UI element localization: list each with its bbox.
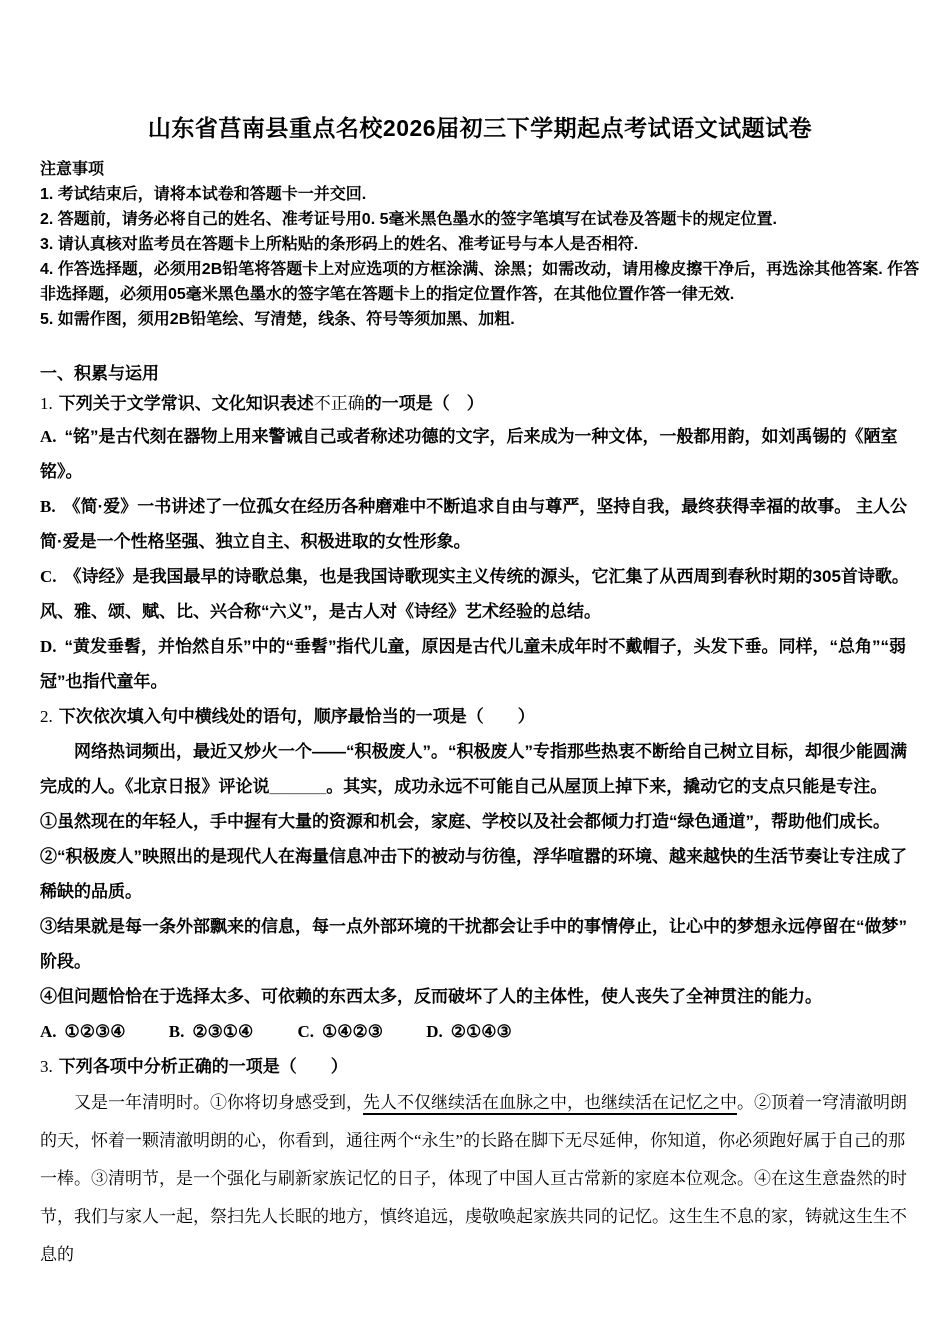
question-1-option-c: C.《诗经》是我国最早的诗歌总集，也是我国诗歌现实主义传统的源头，它汇集了从西周… [40,559,920,629]
question-3-passage: 又是一年清明时。①你将切身感受到，先人不仅继续活在血脉之中，也继续活在记忆之中。… [40,1084,920,1274]
question-1-stem-tail: 的一项是（ ） [365,394,484,413]
question-3-stem-text: 下列各项中分析正确的一项是（ ） [59,1057,348,1076]
option-c-label: C. [40,567,57,586]
notice-section: 注意事项 1. 考试结束后，请将本试卷和答题卡一并交回. 2. 答题前，请务必将… [40,157,920,332]
option-b-label: B. [40,497,56,516]
question-2-intro: 网络热词频出，最近又炒火一个——“积极废人”。“积极废人”专指那些热衷不断给自己… [40,734,920,804]
question-2-option-c: C.①④②③ [297,1014,421,1049]
question-2-number: 2. [40,707,53,726]
notice-item-3: 3. 请认真核对监考员在答题卡上所粘贴的条形码上的姓名、准考证号与本人是否相符. [40,232,920,257]
exam-paper-page: 山东省莒南县重点名校2026届初三下学期起点考试语文试题试卷 注意事项 1. 考… [0,0,950,1344]
option-d-value: ②①④③ [451,1022,512,1041]
option-b-text: 《简·爱》一书讲述了一位孤女在经历各种磨难中不断追求自由与尊严，坚持自我，最终获… [40,497,907,551]
question-2-sentence-3: ③结果就是每一条外部飘来的信息，每一点外部环境的干扰都会让手中的事情停止，让心中… [40,909,920,979]
question-2-sentence-4: ④但问题恰恰在于选择太多、可依赖的东西太多，反而破坏了人的主体性，使人丧失了全神… [40,979,920,1014]
question-2-options: A.①②③④ B.②③①④ C.①④②③ D.②①④③ [40,1014,920,1049]
question-1-option-d: D.“黄发垂髫，并怡然自乐”中的“垂髫”指代儿童，原因是古代儿童未成年时不戴帽子… [40,629,920,699]
passage-segment-after: 。②顶着一穹清澈明朗的天，怀着一颗清澈明朗的心，你看到，通往两个“永生”的长路在… [40,1093,907,1264]
option-a-value: ①②③④ [65,1022,126,1041]
notice-item-4: 4. 作答选择题，必须用2B铅笔将答题卡上对应选项的方框涂满、涂黑；如需改动，请… [40,257,920,307]
option-c-value: ①④②③ [322,1022,383,1041]
option-d-label: D. [426,1022,443,1041]
section-heading: 一、积累与运用 [40,359,920,389]
option-a-text: “铭”是古代刻在器物上用来警诫自己或者称述功德的文字，后来成为一种文体，一般都用… [40,427,898,481]
question-2-stem-text: 下次依次填入句中横线处的语句，顺序最恰当的一项是（ ） [59,707,535,726]
question-2-stem: 2.下次依次填入句中横线处的语句，顺序最恰当的一项是（ ） [40,699,920,734]
option-c-label: C. [297,1022,314,1041]
question-1-stem-text: 下列关于文学常识、文化知识表述 [59,394,314,413]
option-a-label: A. [40,1022,57,1041]
option-d-label: D. [40,637,57,656]
passage-underlined-segment: 先人不仅继续活在血脉之中，也继续活在记忆之中 [363,1093,737,1112]
question-1-stem-emphasis: 不正确 [314,394,365,413]
question-2-option-d: D.②①④③ [426,1014,512,1049]
notice-heading: 注意事项 [40,157,920,182]
question-3-stem: 3.下列各项中分析正确的一项是（ ） [40,1049,920,1084]
passage-segment-before: 又是一年清明时。①你将切身感受到， [74,1093,363,1112]
exam-content: 一、积累与运用 1.下列关于文学常识、文化知识表述不正确的一项是（ ） A.“铭… [40,359,920,1274]
question-2-sentence-2: ②“积极废人”映照出的是现代人在海量信息冲击下的被动与彷徨，浮华喧嚣的环境、越来… [40,839,920,909]
question-1-option-a: A.“铭”是古代刻在器物上用来警诫自己或者称述功德的文字，后来成为一种文体，一般… [40,419,920,489]
option-a-label: A. [40,427,57,446]
question-2-option-a: A.①②③④ [40,1014,164,1049]
option-c-text: 《诗经》是我国最早的诗歌总集，也是我国诗歌现实主义传统的源头，它汇集了从西周到春… [40,567,909,621]
option-b-label: B. [169,1022,185,1041]
notice-item-1: 1. 考试结束后，请将本试卷和答题卡一并交回. [40,182,920,207]
question-1-option-b: B.《简·爱》一书讲述了一位孤女在经历各种磨难中不断追求自由与尊严，坚持自我，最… [40,489,920,559]
question-3-number: 3. [40,1057,53,1076]
question-2-option-b: B.②③①④ [169,1014,293,1049]
option-d-text: “黄发垂髫，并怡然自乐”中的“垂髫”指代儿童，原因是古代儿童未成年时不戴帽子，头… [40,637,906,691]
notice-item-2: 2. 答题前，请务必将自己的姓名、准考证号用0. 5毫米黑色墨水的签字笔填写在试… [40,207,920,232]
notice-item-5: 5. 如需作图，须用2B铅笔绘、写清楚，线条、符号等须加黑、加粗. [40,307,920,332]
question-1-stem: 1.下列关于文学常识、文化知识表述不正确的一项是（ ） [40,389,920,419]
question-1-number: 1. [40,394,53,413]
page-title: 山东省莒南县重点名校2026届初三下学期起点考试语文试题试卷 [40,110,920,143]
question-2-sentence-1: ①虽然现在的年轻人，手中握有大量的资源和机会，家庭、学校以及社会都倾力打造“绿色… [40,804,920,839]
option-b-value: ②③①④ [192,1022,253,1041]
